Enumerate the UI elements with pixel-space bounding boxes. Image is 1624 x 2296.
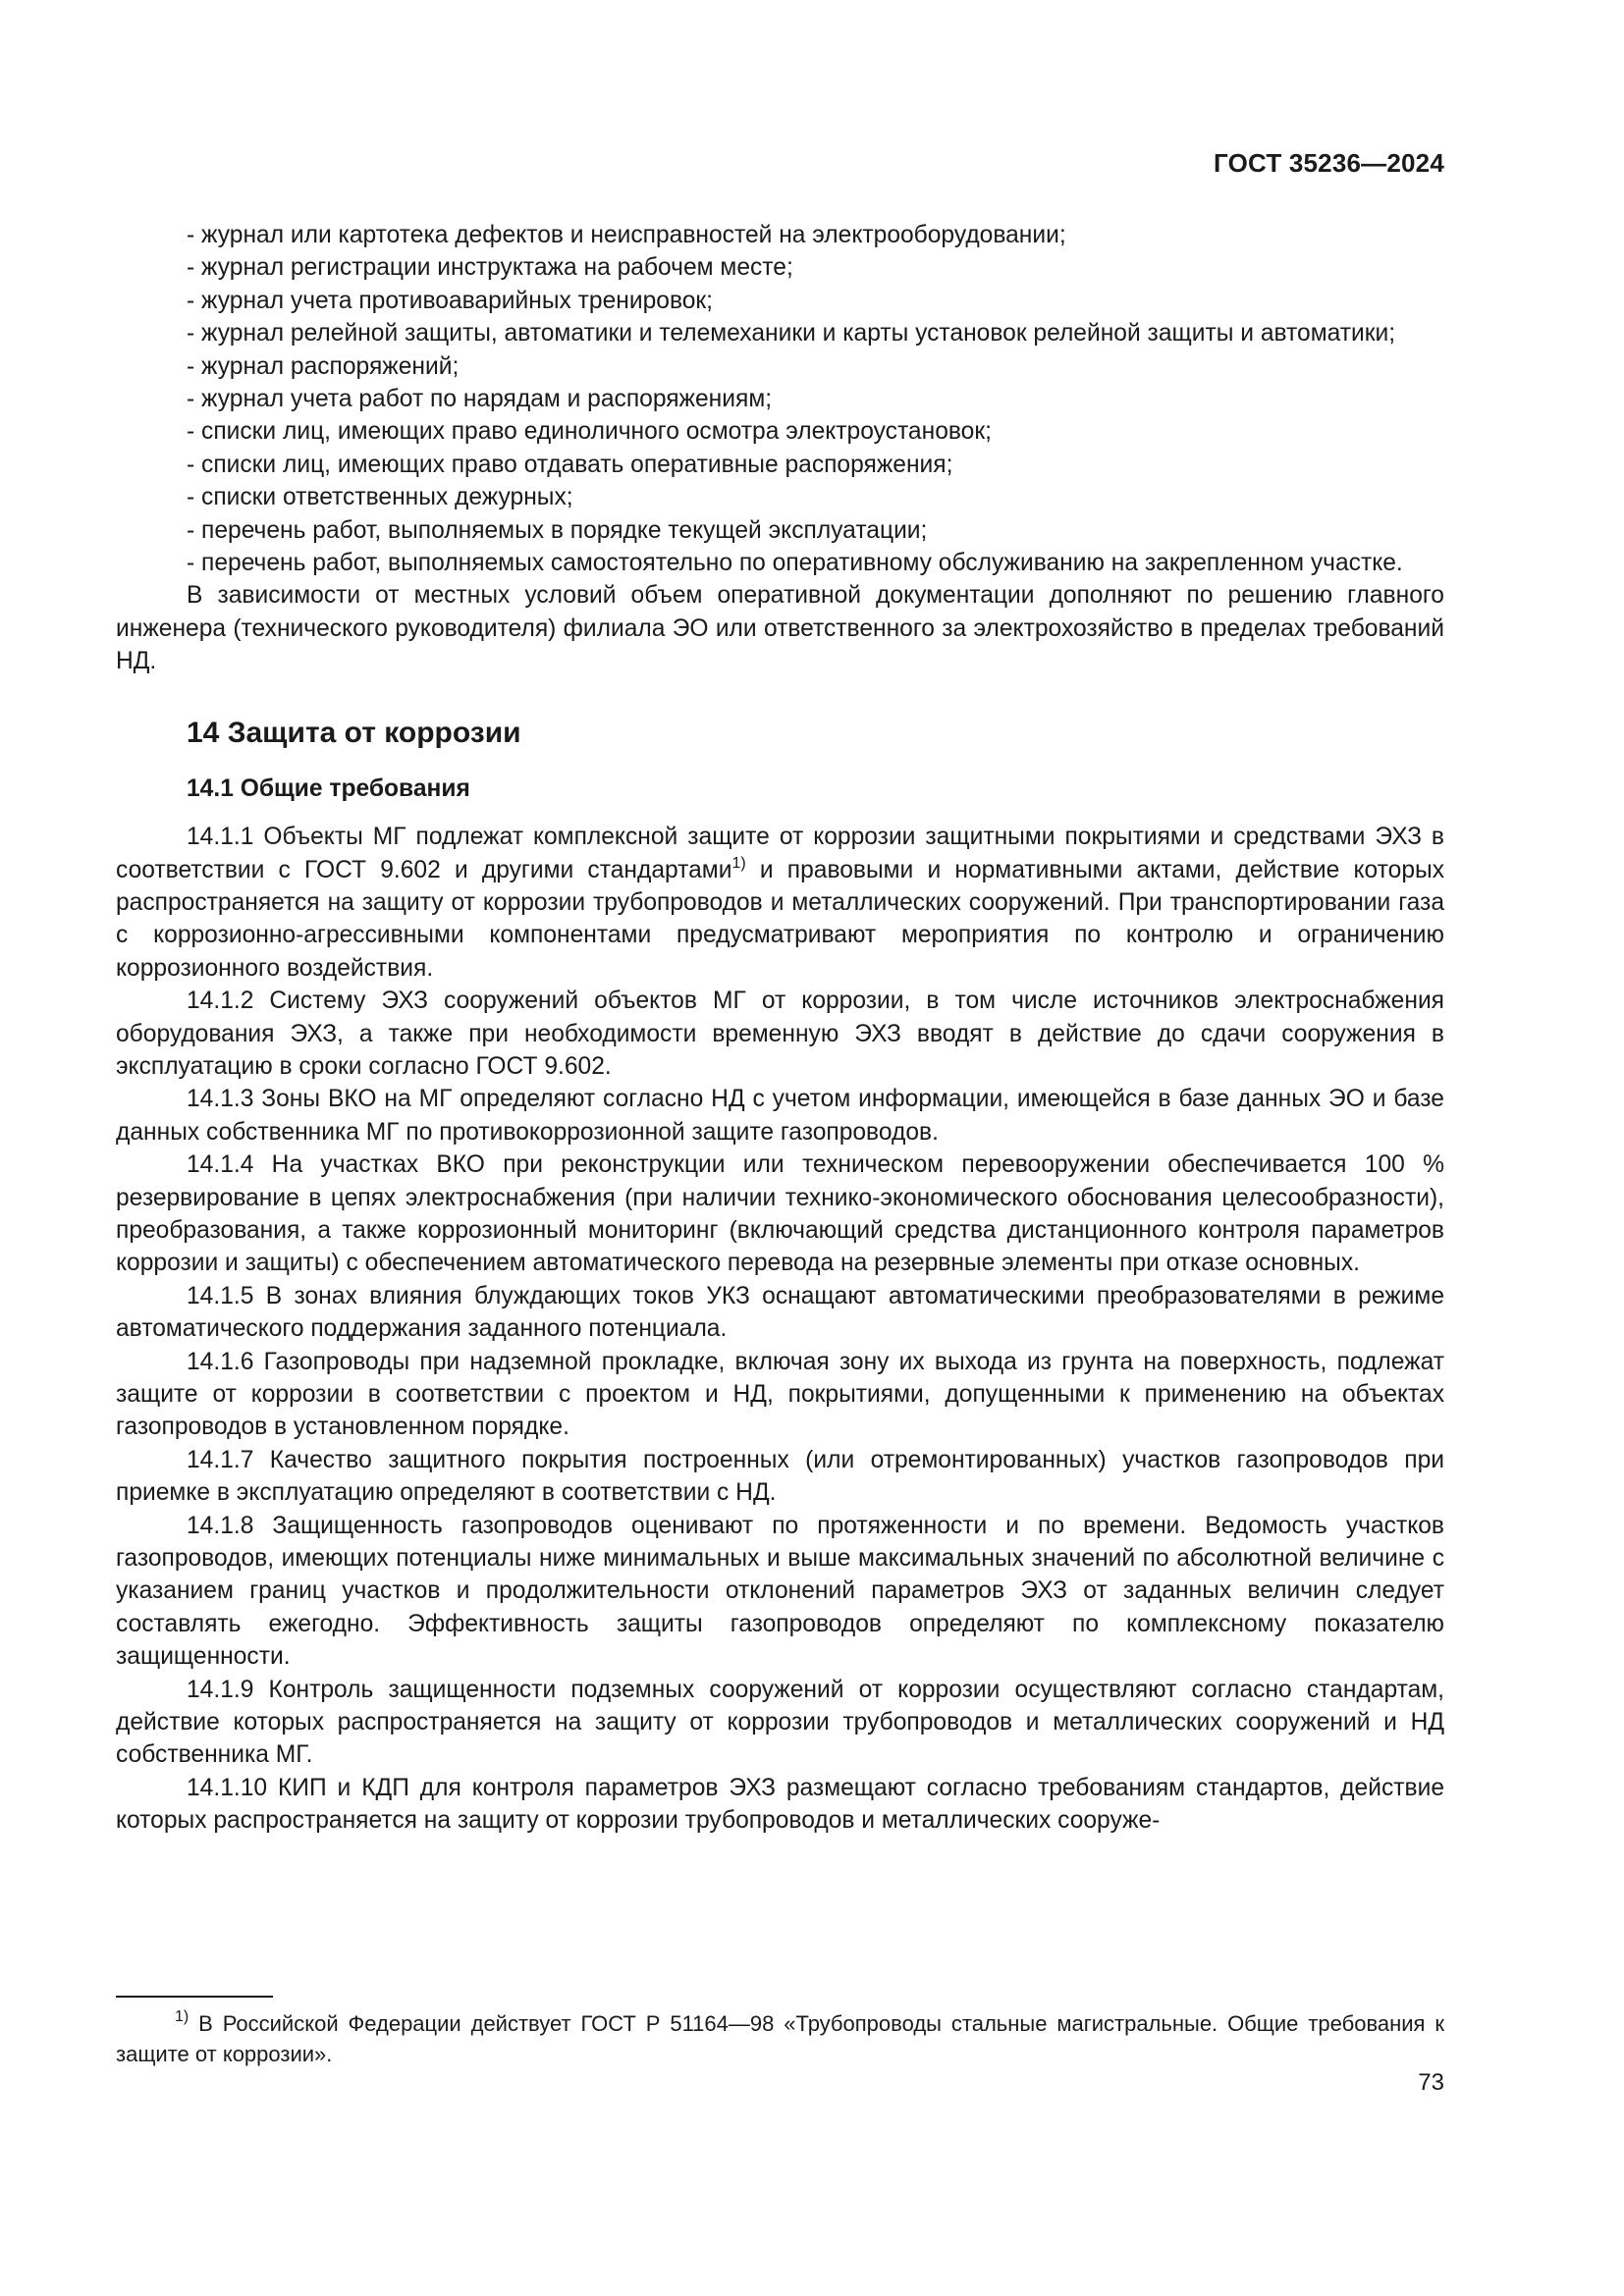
clause-14-1-5: 14.1.5 В зонах влияния блуждающих токов … — [116, 1280, 1444, 1346]
documentation-list: - журнал или картотека дефектов и неиспр… — [116, 219, 1444, 579]
clause-14-1-6: 14.1.6 Газопроводы при надземной проклад… — [116, 1346, 1444, 1444]
clause-14-1-2: 14.1.2 Систему ЭХЗ сооружений объектов М… — [116, 985, 1444, 1083]
list-item: - журнал или картотека дефектов и неиспр… — [116, 219, 1444, 251]
clause-14-1-4: 14.1.4 На участках ВКО при реконструкции… — [116, 1148, 1444, 1280]
footnote-text: В Российской Федерации действует ГОСТ Р … — [116, 2011, 1444, 2066]
list-item: - журнал учета противоаварийных трениров… — [116, 285, 1444, 317]
list-item: - списки ответственных дежурных; — [116, 481, 1444, 513]
subsection-heading: 14.1 Общие требования — [116, 773, 1444, 805]
clause-14-1-9: 14.1.9 Контроль защищенности подземных с… — [116, 1674, 1444, 1772]
list-item: - журнал учета работ по нарядам и распор… — [116, 383, 1444, 415]
list-item: - журнал регистрации инструктажа на рабо… — [116, 251, 1444, 284]
list-item: - журнал распоряжений; — [116, 350, 1444, 383]
list-item: - списки лиц, имеющих право отдавать опе… — [116, 449, 1444, 481]
footnote-reference[interactable]: 1) — [731, 855, 745, 872]
list-item: - перечень работ, выполняемых в порядке … — [116, 514, 1444, 547]
document-header: ГОСТ 35236—2024 — [1214, 147, 1444, 180]
document-body: - журнал или картотека дефектов и неиспр… — [116, 219, 1444, 1838]
footnote-divider — [116, 1996, 273, 1998]
closing-paragraph: В зависимости от местных условий объем о… — [116, 579, 1444, 677]
clause-14-1-8: 14.1.8 Защищенность газопроводов оценива… — [116, 1510, 1444, 1674]
section-heading: 14 Защита от коррозии — [116, 716, 1444, 751]
footnote: 1) В Российской Федерации действует ГОСТ… — [116, 2008, 1444, 2069]
clause-14-1-1: 14.1.1 Объекты МГ подлежат комплексной з… — [116, 821, 1444, 985]
clause-14-1-3: 14.1.3 Зоны ВКО на МГ определяют согласн… — [116, 1083, 1444, 1148]
page-number: 73 — [1418, 2066, 1444, 2099]
clause-14-1-7: 14.1.7 Качество защитного покрытия постр… — [116, 1444, 1444, 1510]
footnote-marker: 1) — [175, 2008, 189, 2025]
list-item: - журнал релейной защиты, автоматики и т… — [116, 317, 1444, 349]
list-item: - перечень работ, выполняемых самостояте… — [116, 547, 1444, 579]
list-item: - списки лиц, имеющих право единоличного… — [116, 415, 1444, 448]
clause-14-1-10: 14.1.10 КИП и КДП для контроля параметро… — [116, 1772, 1444, 1838]
